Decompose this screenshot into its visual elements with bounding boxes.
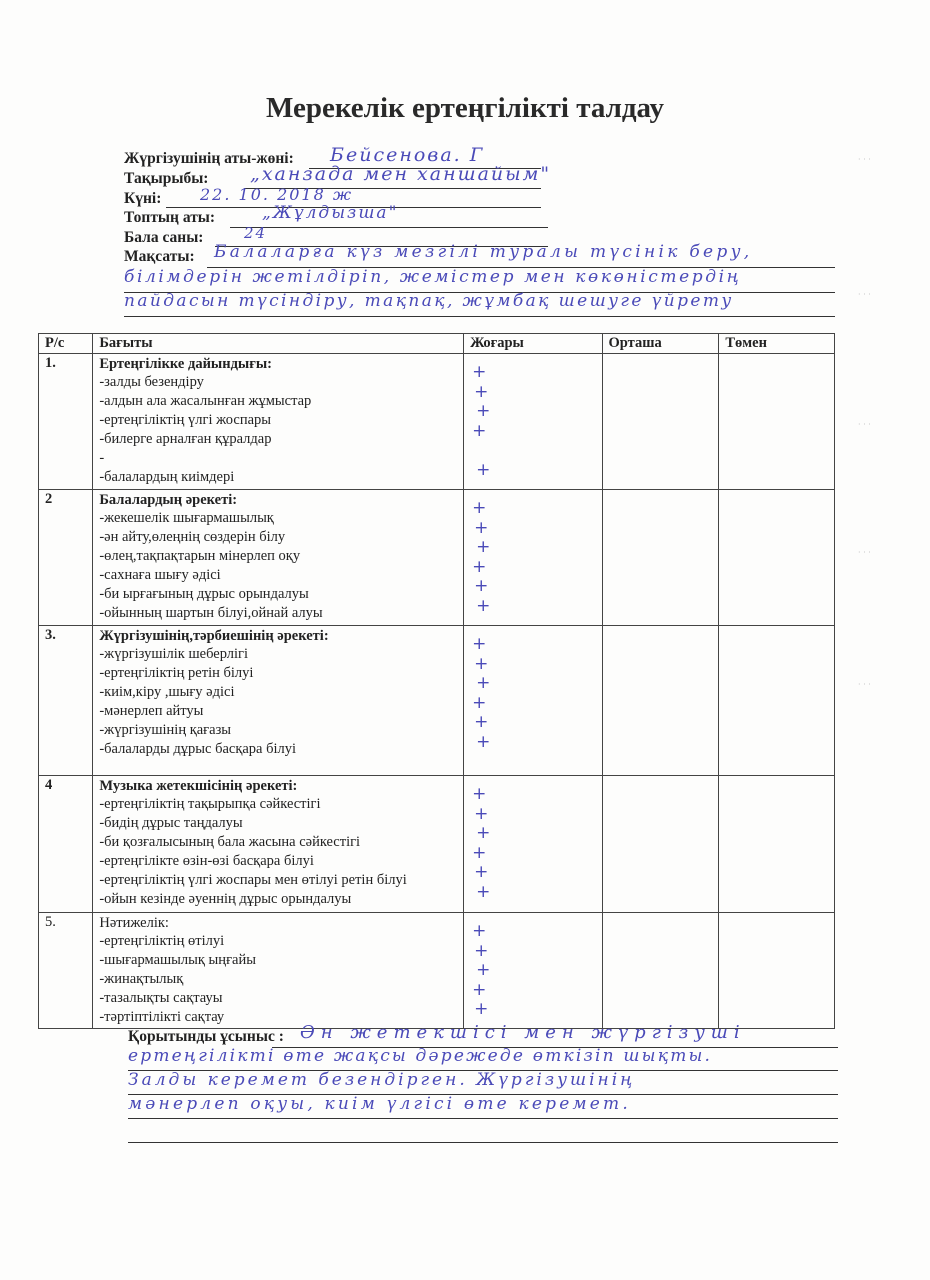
section-title: Нәтижелік: [99, 914, 457, 932]
criterion-item: -ойын кезінде әуеннің дұрыс орындалуы [99, 890, 457, 909]
topic-field: Тақырыбы: [124, 170, 208, 188]
row-number: 2 [39, 490, 93, 626]
document-title: Мерекелік ертеңгілікті талдау [0, 92, 930, 125]
table-header-row: Р/с Бағыты Жоғары Орташа Төмен [39, 334, 835, 354]
row-number: 5. [39, 913, 93, 1029]
plus-mark-icon: + [470, 713, 595, 733]
plus-mark-icon: + [470, 422, 595, 442]
low-rating-cell [719, 913, 835, 1029]
criterion-item: -жүргізушінің қағазы [99, 721, 457, 740]
criterion-item: -ойынның шартын білуі,ойнай алуы [99, 604, 457, 623]
field-label: Күні: [124, 190, 161, 207]
row-direction: Музыка жетекшісінің әрекеті:-ертеңгілікт… [93, 776, 464, 913]
criterion-item: -балаларды дұрыс басқара білуі [99, 740, 457, 759]
table-row: 1.Ертеңгілікке дайындығы:-залды безендір… [39, 354, 835, 490]
medium-rating-cell [602, 913, 719, 1029]
low-rating-cell [719, 626, 835, 776]
criterion-item: -би қозғалысының бала жасына сәйкестігі [99, 833, 457, 852]
plus-mark-icon [470, 441, 595, 461]
conclusion-label: Қорытынды ұсыныс : [128, 1028, 284, 1046]
plus-mark-icon: + [470, 383, 595, 403]
criterion-item: -өлең,тақпақтарын мінерлеп оқу [99, 547, 457, 566]
margin-artifact: · · · [858, 155, 871, 164]
evaluation-table: Р/с Бағыты Жоғары Орташа Төмен 1.Ертеңгі… [38, 333, 835, 1029]
criterion-item: -ертеңгіліктің тақырыпқа сәйкестігі [99, 795, 457, 814]
low-rating-cell [719, 776, 835, 913]
col-header-medium: Орташа [602, 334, 719, 354]
section-title: Балалардың әрекеті: [99, 491, 457, 509]
row-direction: Ертеңгілікке дайындығы:-залды безендіру-… [93, 354, 464, 490]
plus-mark-icon: + [470, 922, 595, 942]
criterion-item: -тазалықты сақтауы [99, 989, 457, 1008]
plus-mark-icon: + [470, 519, 595, 539]
margin-artifact: · · · [858, 680, 871, 689]
field-underline [230, 227, 548, 228]
plus-mark-icon: + [470, 805, 595, 825]
criterion-item: -балалардың киімдері [99, 468, 457, 487]
criterion-item: -алдын ала жасалынған жұмыстар [99, 392, 457, 411]
criterion-item: -залды безендіру [99, 373, 457, 392]
goal-underline-3 [124, 316, 835, 317]
plus-mark-icon: + [470, 694, 595, 714]
col-header-number: Р/с [39, 334, 93, 354]
margin-artifact: · · · [858, 548, 871, 557]
row-direction: Жүргізушінің,тәрбиешінің әрекеті:-жүргіз… [93, 626, 464, 776]
conclusion-line-4: мәнерлеп оқуы, киім үлгісі өте керемет. [128, 1094, 631, 1114]
plus-mark-icon: + [470, 674, 595, 694]
plus-mark-icon: + [470, 402, 595, 422]
plus-mark-icon: + [470, 733, 595, 753]
criterion-item: -ертеңгіліктің үлгі жоспары [99, 411, 457, 430]
criterion-item: - [99, 449, 457, 468]
plus-mark-icon: + [470, 1000, 595, 1020]
col-header-direction: Бағыты [93, 334, 464, 354]
table-row: 2Балалардың әрекеті:-жекешелік шығармашы… [39, 490, 835, 626]
plus-mark-icon: + [470, 942, 595, 962]
criterion-item: -шығармашылық ыңғайы [99, 951, 457, 970]
criterion-item: -сахнаға шығу әдісі [99, 566, 457, 585]
conclusion-line-3: Залды керемет безендірген. Жүргізушінің [128, 1070, 635, 1090]
plus-mark-icon: + [470, 655, 595, 675]
plus-mark-icon: + [470, 961, 595, 981]
col-header-low: Төмен [719, 334, 835, 354]
table-row: 3.Жүргізушінің,тәрбиешінің әрекеті:-жүрг… [39, 626, 835, 776]
row-number: 4 [39, 776, 93, 913]
table-row: 4Музыка жетекшісінің әрекеті:-ертеңгілік… [39, 776, 835, 913]
date-value: 22. 10. 2018 ж [200, 185, 353, 204]
medium-rating-cell [602, 626, 719, 776]
criterion-item: -жүргізушілік шеберлігі [99, 645, 457, 664]
group-name-field: Топтың аты: [124, 209, 215, 227]
plus-mark-icon: + [470, 363, 595, 383]
plus-mark-icon: + [470, 558, 595, 578]
high-rating-cell: ++++++ [464, 776, 602, 913]
plus-mark-icon: + [470, 785, 595, 805]
plus-mark-icon: + [470, 461, 595, 481]
field-label: Топтың аты: [124, 209, 215, 226]
goal-line-3: пайдасын түсіндіру, тақпақ, жұмбақ шешуг… [124, 291, 734, 311]
medium-rating-cell [602, 354, 719, 490]
criterion-item: -би ырғағының дұрыс орындалуы [99, 585, 457, 604]
plus-mark-icon: + [470, 577, 595, 597]
col-header-high: Жоғары [464, 334, 602, 354]
criterion-item: -киім,кіру ,шығу әдісі [99, 683, 457, 702]
low-rating-cell [719, 490, 835, 626]
plus-mark-icon: + [470, 824, 595, 844]
conclusion-line-2: ертеңгілікті өте жақсы дәрежеде өткізіп … [128, 1046, 712, 1066]
criterion-item: -ән айту,өлеңнің сөздерін білу [99, 528, 457, 547]
criterion-item: -ертеңгіліктің үлгі жоспары мен өтілуі р… [99, 871, 457, 890]
row-number: 1. [39, 354, 93, 490]
margin-artifact: · · · [858, 420, 871, 429]
margin-artifact: · · · [858, 290, 871, 299]
section-title: Ертеңгілікке дайындығы: [99, 355, 457, 373]
plus-mark-icon: + [470, 863, 595, 883]
conclusion-underline-5 [128, 1142, 838, 1143]
criterion-item: -билерге арналған құралдар [99, 430, 457, 449]
field-label: Тақырыбы: [124, 170, 208, 187]
goal-line-1: Балаларға күз мезгілі туралы түсінік бер… [214, 242, 752, 262]
row-number: 3. [39, 626, 93, 776]
plus-mark-icon: + [470, 981, 595, 1001]
conclusion-underline-4 [128, 1118, 838, 1119]
plus-mark-icon: + [470, 499, 595, 519]
group-name-value: „Жұлдызша" [262, 203, 398, 223]
topic-value: „ханзада мен ханшайым" [250, 163, 551, 185]
criterion-item: -жинақтылық [99, 970, 457, 989]
field-label: Бала саны: [124, 229, 203, 246]
criterion-item: -ертеңгіліктің ретін білуі [99, 664, 457, 683]
conclusion-line-1: Ән жетекшісі мен жүргізуші [300, 1022, 746, 1043]
plus-mark-icon: + [470, 538, 595, 558]
medium-rating-cell [602, 776, 719, 913]
low-rating-cell [719, 354, 835, 490]
criterion-item: -ертеңгіліктің өтілуі [99, 932, 457, 951]
section-title: Музыка жетекшісінің әрекеті: [99, 777, 457, 795]
plus-mark-icon: + [470, 635, 595, 655]
medium-rating-cell [602, 490, 719, 626]
plus-mark-icon: + [470, 883, 595, 903]
criterion-item: -мәнерлеп айтуы [99, 702, 457, 721]
high-rating-cell: ++++ + [464, 354, 602, 490]
high-rating-cell: ++++++ [464, 490, 602, 626]
children-count-value: 24 [244, 224, 267, 242]
high-rating-cell: ++++++ [464, 626, 602, 776]
children-count-field: Бала саны: [124, 229, 203, 247]
table-row: 5.Нәтижелік:-ертеңгіліктің өтілуі-шығарм… [39, 913, 835, 1029]
high-rating-cell: +++++ [464, 913, 602, 1029]
plus-mark-icon: + [470, 597, 595, 617]
criterion-item: -жекешелік шығармашылық [99, 509, 457, 528]
goal-line-2: білімдерін жетілдіріп, жемістер мен көкө… [124, 267, 741, 287]
row-direction: Нәтижелік:-ертеңгіліктің өтілуі-шығармаш… [93, 913, 464, 1029]
plus-mark-icon: + [470, 844, 595, 864]
goal-label: Мақсаты: [124, 248, 195, 266]
criterion-item: -бидің дұрыс таңдалуы [99, 814, 457, 833]
date-field: Күні: [124, 190, 161, 208]
section-title: Жүргізушінің,тәрбиешінің әрекеті: [99, 627, 457, 645]
criterion-item: -ертеңгілікте өзін-өзі басқара білуі [99, 852, 457, 871]
row-direction: Балалардың әрекеті:-жекешелік шығармашыл… [93, 490, 464, 626]
